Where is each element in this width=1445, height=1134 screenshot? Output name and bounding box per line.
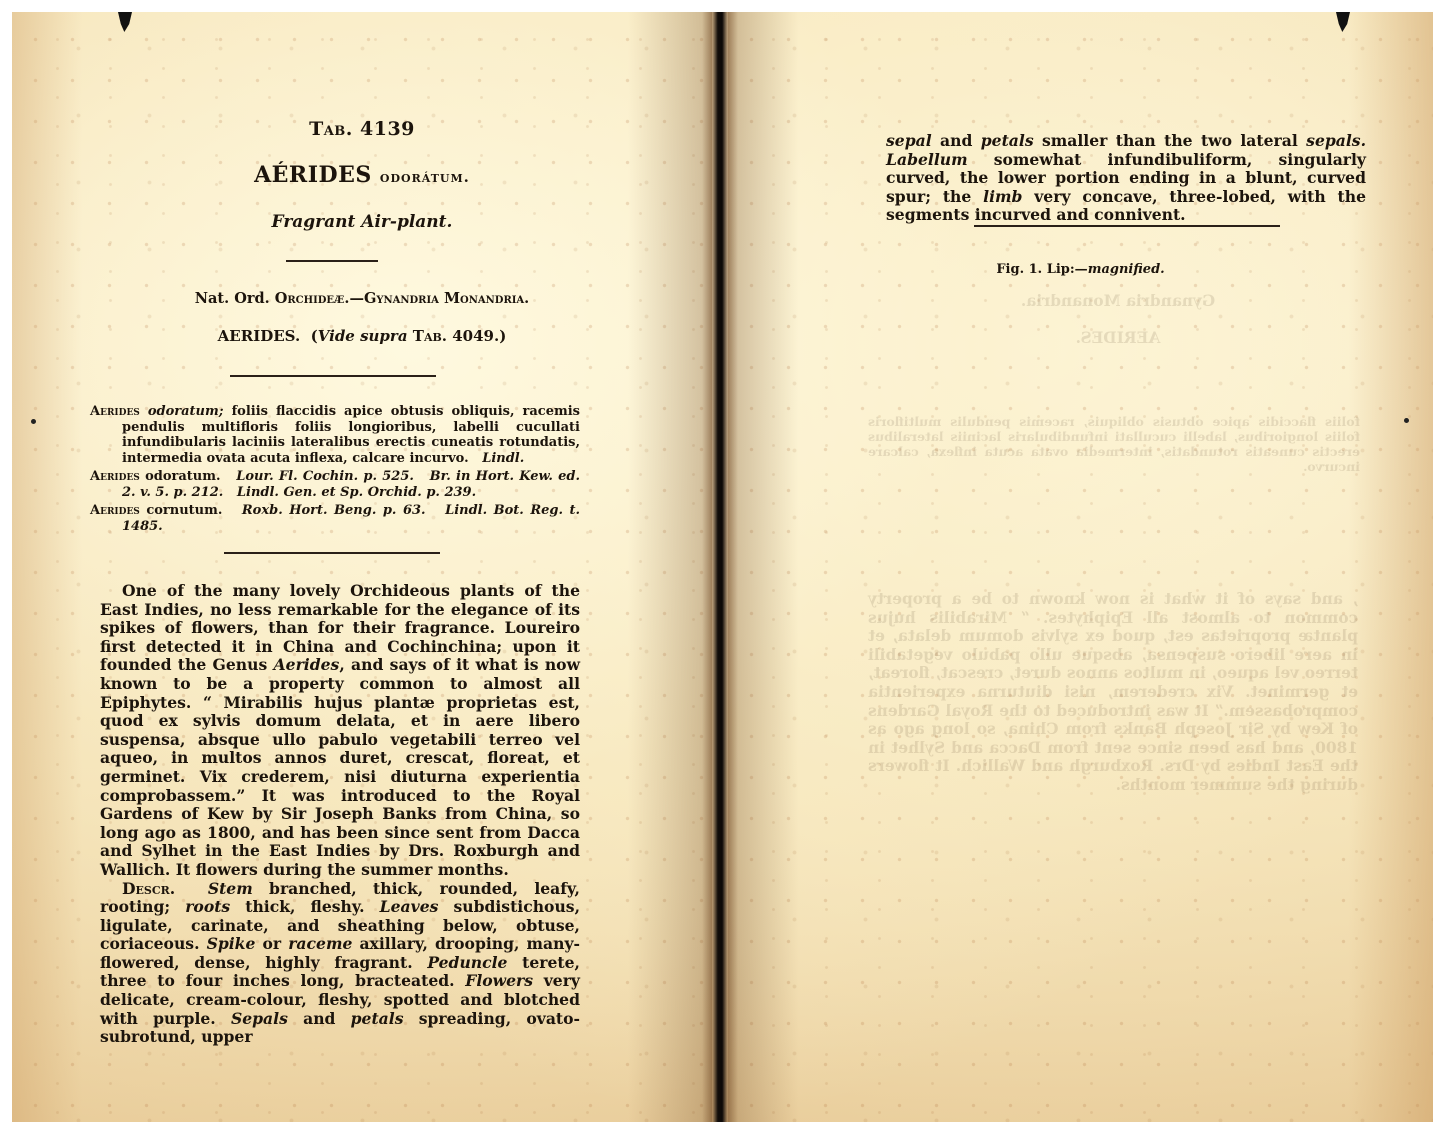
species-title: AÉRIDES odorátum.: [12, 162, 712, 188]
text-run: and: [288, 1009, 351, 1028]
tab-label: Tab.: [413, 327, 447, 345]
continued-description: sepal and petals smaller than the two la…: [886, 132, 1366, 225]
italic-term: petals: [351, 1009, 404, 1028]
natural-order-line: Nat. Ord. Orchideæ.—Gynandria Monandria.: [12, 290, 712, 307]
synonym-name: odoratum.: [145, 469, 220, 484]
synonym-name: cornutum.: [146, 503, 222, 518]
synonymy-block: Aerides odoratum; foliis flaccidis apice…: [90, 404, 580, 537]
synonym-entry: Aerides cornutum. Roxb. Hort. Beng. p. 6…: [90, 503, 580, 534]
bleed-line: AERIDES.: [878, 329, 1358, 348]
figure-caption-text: Fig. 1. Lip:—: [996, 262, 1087, 277]
figure-caption: Fig. 1. Lip:—magnified.: [728, 262, 1433, 277]
paren-open: (: [311, 327, 318, 345]
italic-term: limb: [983, 187, 1022, 206]
bleed-through-text: Gynandria Monandria. AERIDES.: [878, 292, 1358, 347]
synonym-genus: Aerides: [90, 503, 140, 518]
book-spread: Tab. 4139 AÉRIDES odorátum. Fragrant Air…: [12, 12, 1433, 1122]
bleed-through-text: foliis flaccidis apice obtusis obliquis,…: [868, 414, 1360, 474]
italic-term: Spike: [207, 934, 256, 953]
text-run: and: [932, 131, 981, 150]
natord-prefix: Nat. Ord.: [195, 290, 270, 307]
genus-reference: AERIDES. (Vide supra Tab. 4049.): [12, 327, 712, 345]
divider-rule: [230, 375, 436, 377]
italic-term: sepal: [886, 131, 932, 150]
tab-number: 4049.: [452, 327, 499, 345]
bleed-through-text: , and says of it what is now known to be…: [868, 590, 1358, 795]
right-page: Gynandria Monandria. AERIDES. foliis fla…: [728, 12, 1433, 1122]
species-epithet: odorátum.: [380, 168, 470, 186]
bleed-line: foliis flaccidis apice obtusis obliquis,…: [868, 414, 1360, 474]
italic-term: Peduncle: [427, 953, 507, 972]
italic-term: sepals.: [1306, 131, 1366, 150]
figure-caption-italic: magnified.: [1088, 262, 1165, 277]
plate-number: Tab. 4139: [12, 118, 712, 140]
italic-term: Stem: [208, 879, 253, 898]
italic-term: Label­lum: [886, 150, 968, 169]
italic-term: petals: [981, 131, 1034, 150]
description-text: Stem branched, thick, rounded, leafy, ro…: [100, 879, 580, 1047]
synonym-entry: Aerides odoratum; foliis flaccidis apice…: [90, 404, 580, 466]
divider-rule: [974, 225, 1280, 227]
natord-class: Gynandria Monandria.: [364, 290, 529, 307]
synonym-genus: Aerides: [90, 469, 140, 484]
continuation-text: sepal and petals smaller than the two la…: [886, 131, 1366, 224]
divider-rule: [286, 260, 378, 262]
text-run: thick, fleshy.: [230, 897, 379, 916]
synonym-reference: Roxb. Hort. Beng. p. 63.: [242, 503, 426, 518]
bleed-line: Gynandria Monandria.: [878, 292, 1358, 311]
synonym-entry: Aerides odoratum. Lour. Fl. Cochin. p. 5…: [90, 469, 580, 500]
synonym-authority: Lindl.: [482, 451, 524, 466]
paragraph-genus-italic: Aerides: [274, 655, 340, 674]
common-name: Fragrant Air-plant.: [12, 212, 712, 232]
pin-hole-mark: [31, 419, 36, 424]
italic-term: Sepals: [231, 1009, 288, 1028]
synonym-genus: Aerides: [90, 404, 140, 419]
italic-term: raceme: [288, 934, 352, 953]
divider-rule: [224, 552, 440, 554]
paragraph-text: , and says of it what is now known to be…: [100, 655, 580, 879]
italic-term: Flowers: [465, 971, 533, 990]
paren-close: ): [499, 327, 506, 345]
bleed-line: , and says of it what is now known to be…: [868, 590, 1358, 794]
italic-term: Leaves: [380, 897, 439, 916]
text-run: smaller than the two lateral: [1034, 131, 1307, 150]
vide-supra: Vide supra: [318, 327, 408, 345]
pin-hole-mark: [1404, 418, 1409, 423]
natord-dash: —: [349, 290, 364, 307]
genus-name: AERIDES.: [218, 327, 301, 345]
binding-notch: [118, 12, 132, 32]
main-text: One of the many lovely Orchideous plants…: [100, 582, 580, 1047]
descr-label: Descr.: [122, 879, 175, 898]
synonym-name: odoratum;: [148, 404, 224, 419]
synonym-reference: Lour. Fl. Cochin. p. 525.: [236, 469, 414, 484]
left-page: Tab. 4139 AÉRIDES odorátum. Fragrant Air…: [12, 12, 712, 1122]
intro-paragraph: One of the many lovely Orchideous plants…: [100, 582, 580, 880]
synonym-reference: Lindl. Gen. et Sp. Orchid. p. 239.: [237, 485, 476, 500]
italic-term: roots: [185, 897, 230, 916]
species-genus: AÉRIDES: [254, 162, 372, 188]
text-run: or: [255, 934, 288, 953]
binding-notch: [1336, 12, 1350, 32]
description-paragraph: Descr. Stem branched, thick, rounded, le…: [100, 880, 580, 1047]
natord-order: Orchideæ.: [275, 290, 350, 307]
